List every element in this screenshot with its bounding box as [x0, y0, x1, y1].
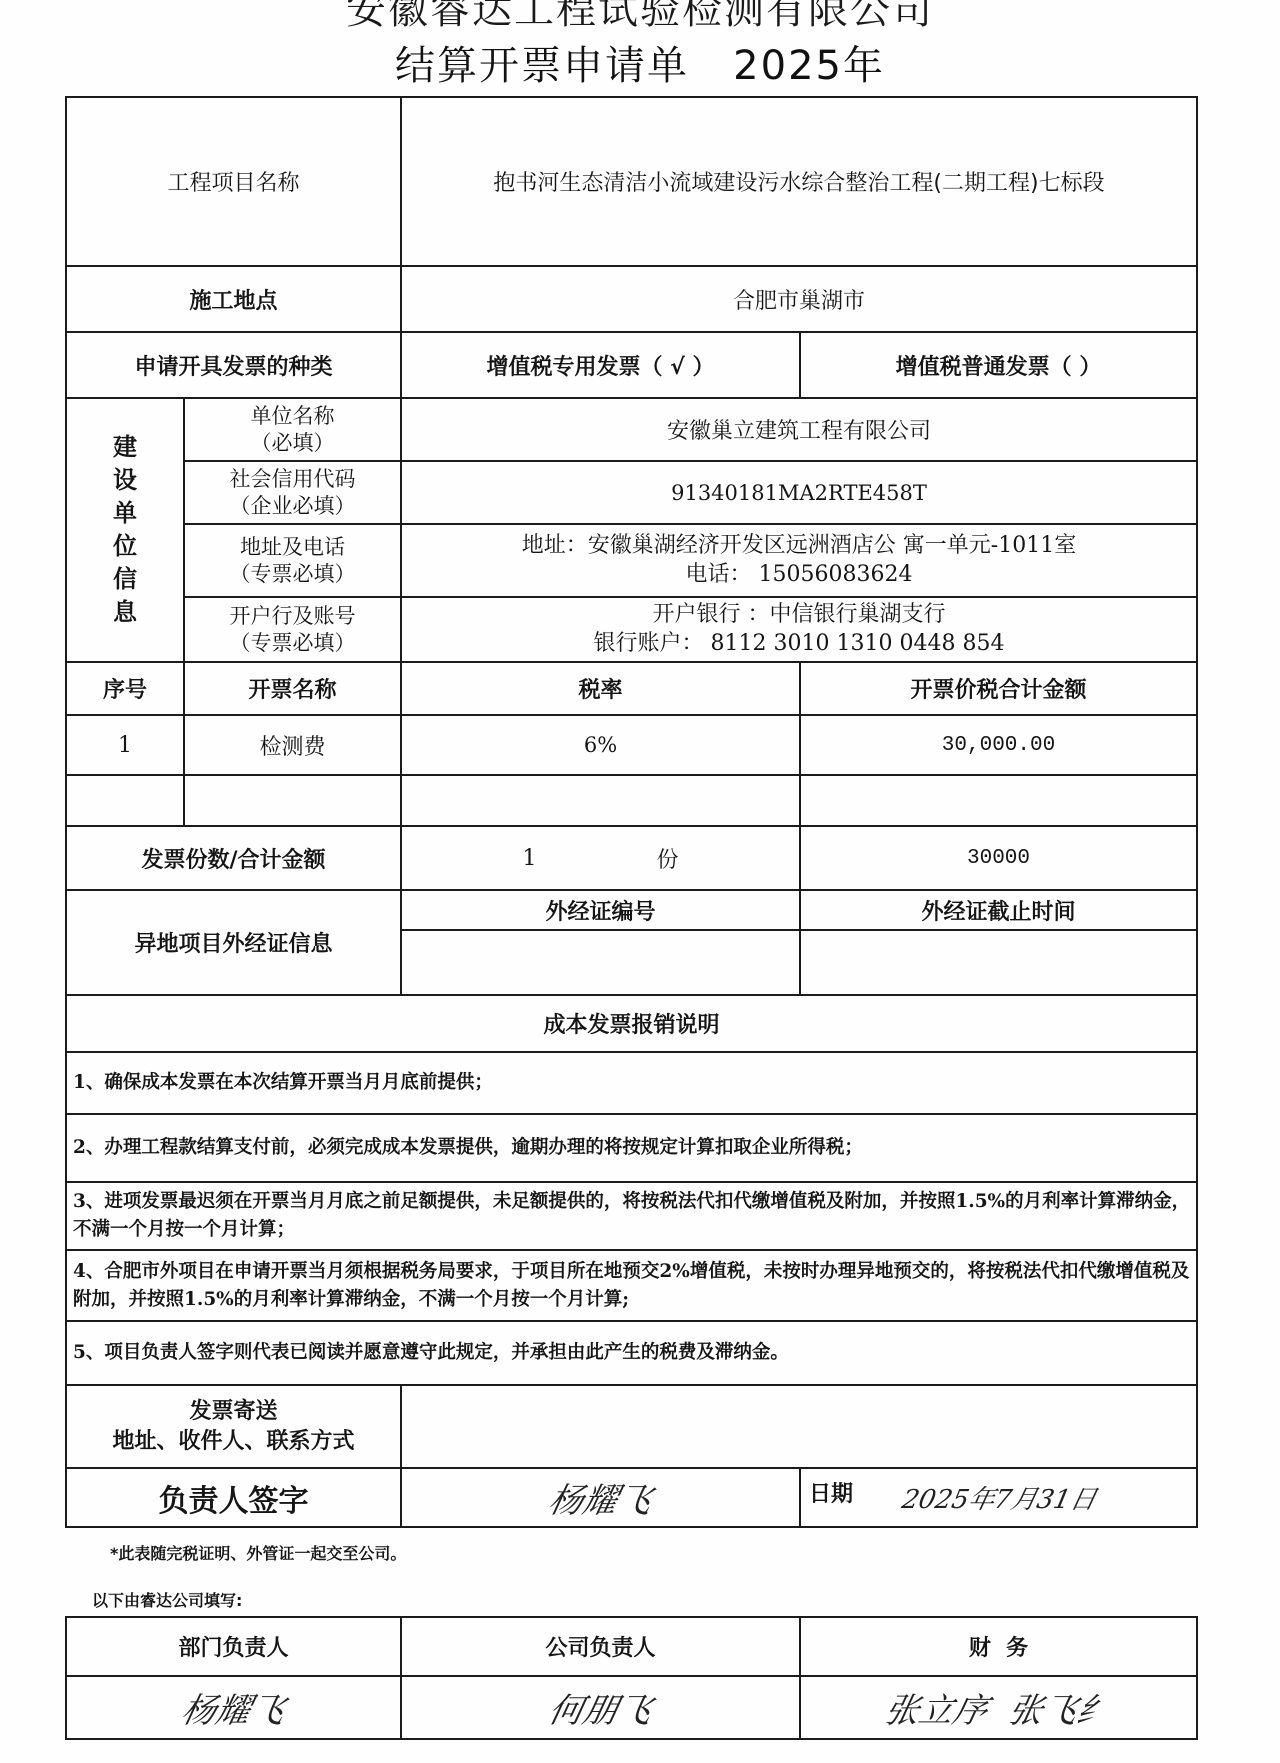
header-text: 外经证截止时间 — [921, 895, 1075, 926]
foreign-cert-label-text: 异地项目外经证信息 — [134, 927, 332, 958]
col-header-no: 序号 — [65, 661, 185, 716]
cost-note-2: 2、办理工程款结算支付前，必须完成成本发票提供，逾期办理的将按规定计算扣取企业所… — [65, 1113, 1198, 1183]
builder-char: 建 — [113, 431, 137, 464]
hint-text: （企业必填） — [230, 493, 356, 519]
totals-amount: 30000 — [799, 825, 1198, 891]
hint-text: （专票必填） — [230, 630, 356, 656]
project-name-text: 抱书河生态清洁小流域建设污水综合整治工程(二期工程)七标段 — [493, 166, 1104, 197]
cost-notes-title-text: 成本发票报销说明 — [543, 1008, 719, 1039]
foreign-cert-deadline-header: 外经证截止时间 — [799, 889, 1198, 931]
foreign-cert-number-field[interactable] — [400, 929, 801, 996]
cell-text: 1 — [118, 733, 132, 758]
table-row-amount: 30,000.00 — [799, 714, 1198, 776]
company-head-header: 公司负责人 — [400, 1616, 801, 1677]
site-label: 施工地点 — [65, 265, 402, 333]
value-text: 安徽巢立建筑工程有限公司 — [667, 414, 931, 445]
form-title-text: 结算开票申请单 — [395, 43, 689, 89]
col-header-rate: 税率 — [400, 661, 801, 716]
invoice-type-normal-text: 增值税普通发票（ ） — [896, 350, 1102, 381]
handwritten-signature: 张立序 张飞纟 — [880, 1683, 1116, 1732]
label-text: 单位名称 — [251, 403, 335, 429]
invoice-type-special-text: 增值税专用发票（ √ ） — [487, 350, 715, 381]
date-label: 日期 — [809, 1477, 853, 1508]
table-row-name: 检测费 — [183, 714, 402, 776]
hint-text: （必填） — [251, 430, 335, 456]
label-text: 社会信用代码 — [230, 466, 356, 492]
cell-text: 6% — [584, 733, 617, 757]
header-text: 序号 — [103, 673, 147, 704]
address-phone-label: 地址及电话 （专票必填） — [183, 523, 402, 598]
form-year: 2025年 — [733, 43, 885, 89]
handwritten-signature: 杨耀飞 — [544, 1473, 656, 1522]
bank-account-value: 开户银行 ：中信银行巢湖支行 银行账户： 8112 3010 1310 0448… — [400, 596, 1198, 663]
handwritten-date: 2025年7月31日 — [899, 1479, 1101, 1516]
col-header-amount: 开票价税合计金额 — [799, 661, 1198, 716]
site-value: 合肥市巢湖市 — [400, 265, 1198, 333]
dept-head-signature-field[interactable]: 杨耀飞 — [65, 1675, 402, 1740]
phone-text: 电话： 15056083624 — [686, 561, 913, 590]
table-row-amount-empty[interactable] — [799, 774, 1198, 827]
invoice-type-label: 申请开具发票的种类 — [65, 331, 402, 399]
label-text: 发票寄送 — [189, 1397, 277, 1427]
value-text: 91340181MA2RTE458T — [671, 481, 927, 505]
bank-name-text: 开户银行 ：中信银行巢湖支行 — [653, 601, 946, 630]
invoice-type-normal-checkbox[interactable]: 增值税普通发票（ ） — [799, 331, 1198, 399]
foreign-cert-label: 异地项目外经证信息 — [65, 889, 402, 996]
totals-label: 发票份数/合计金额 — [65, 825, 402, 891]
header-text: 开票价税合计金额 — [910, 673, 1086, 704]
invoice-count: 1 — [522, 846, 536, 871]
totals-label-text: 发票份数/合计金额 — [141, 843, 325, 874]
delivery-label: 发票寄送 地址、收件人、联系方式 — [65, 1384, 402, 1469]
credit-code-label: 社会信用代码 （企业必填） — [183, 460, 402, 525]
note-text: 1、确保成本发票在本次结算开票当月月底前提供； — [73, 1069, 493, 1097]
delivery-field[interactable] — [400, 1384, 1198, 1469]
header-text: 公司负责人 — [545, 1631, 655, 1662]
label-text: 地址、收件人、联系方式 — [112, 1427, 354, 1457]
header-text: 外经证编号 — [545, 895, 655, 926]
site-label-text: 施工地点 — [189, 284, 277, 315]
totals-count: 1 份 — [400, 825, 801, 891]
label-text: 开户行及账号 — [230, 603, 356, 629]
note-text: 3、进项发票最迟须在开票当月月底之前足额提供，未足额提供的，将按税法代扣代缴增值… — [73, 1188, 1196, 1244]
invoice-count-unit: 份 — [656, 843, 678, 874]
header-text: 财 务 — [969, 1631, 1028, 1662]
builder-char: 位 — [113, 530, 137, 563]
project-name-label: 工程项目名称 — [65, 96, 402, 267]
cost-note-1: 1、确保成本发票在本次结算开票当月月底前提供； — [65, 1051, 1198, 1115]
account-number-text: 银行账户： 8112 3010 1310 0448 854 — [594, 630, 1005, 659]
table-row-rate-empty[interactable] — [400, 774, 801, 827]
note-text: 4、合肥市外项目在申请开票当月须根据税务局要求，于项目所在地预交2%增值税，未按… — [73, 1258, 1196, 1314]
address-phone-value: 地址：安徽巢湖经济开发区远洲酒店公 寓一单元-1011室 电话： 1505608… — [400, 523, 1198, 598]
finance-header: 财 务 — [799, 1616, 1198, 1677]
hint-text: （专票必填） — [230, 561, 356, 587]
internal-caption: 以下由睿达公司填写: — [92, 1588, 242, 1611]
handwritten-signature: 何朋飞 — [544, 1683, 656, 1732]
project-name-value: 抱书河生态清洁小流域建设污水综合整治工程(二期工程)七标段 — [400, 96, 1198, 267]
total-amount-text: 30000 — [967, 847, 1030, 870]
cell-text: 30,000.00 — [942, 734, 1055, 757]
cost-note-5: 5、项目负责人签字则代表已阅读并愿意遵守此规定，并承担由此产生的税费及滞纳金。 — [65, 1320, 1198, 1386]
builder-info-group-label: 建 设 单 位 信 息 — [65, 397, 185, 663]
note-text: 2、办理工程款结算支付前，必须完成成本发票提供，逾期办理的将按规定计算扣取企业所… — [73, 1134, 863, 1162]
project-name-label-text: 工程项目名称 — [167, 166, 299, 197]
form-title: 结算开票申请单 2025年 — [0, 34, 1280, 91]
table-row-no-empty[interactable] — [65, 774, 185, 827]
col-header-name: 开票名称 — [183, 661, 402, 716]
builder-name-label: 单位名称 （必填） — [183, 397, 402, 462]
cost-note-3: 3、进项发票最迟须在开票当月月底之前足额提供，未足额提供的，将按税法代扣代缴增值… — [65, 1181, 1198, 1251]
foreign-cert-number-header: 外经证编号 — [400, 889, 801, 931]
handwritten-signature: 杨耀飞 — [177, 1683, 289, 1732]
bank-account-label: 开户行及账号 （专票必填） — [183, 596, 402, 663]
builder-char: 信 — [113, 563, 137, 596]
invoice-type-label-text: 申请开具发票的种类 — [134, 350, 332, 381]
company-name: 安徽睿达工程试验检测有限公司 — [0, 0, 1280, 35]
invoice-type-special-checkbox[interactable]: 增值税专用发票（ √ ） — [400, 331, 801, 399]
table-row-rate: 6% — [400, 714, 801, 776]
foreign-cert-deadline-field[interactable] — [799, 929, 1198, 996]
label-text: 地址及电话 — [240, 534, 345, 560]
header-text: 部门负责人 — [178, 1631, 288, 1662]
cell-text: 检测费 — [259, 730, 325, 761]
builder-char: 单 — [113, 497, 137, 530]
site-value-text: 合肥市巢湖市 — [733, 284, 865, 315]
builder-name-value: 安徽巢立建筑工程有限公司 — [400, 397, 1198, 462]
header-text: 税率 — [578, 673, 622, 704]
date-field[interactable]: 日期 2025年7月31日 — [799, 1467, 1198, 1528]
responsible-signature-label: 负责人签字 — [65, 1467, 402, 1528]
builder-char: 息 — [113, 596, 137, 629]
cost-notes-title: 成本发票报销说明 — [65, 994, 1198, 1053]
responsible-signature-field[interactable]: 杨耀飞 — [400, 1467, 801, 1528]
footnote: *此表随完税证明、外管证一起交至公司。 — [110, 1541, 406, 1564]
table-row-no: 1 — [65, 714, 185, 776]
label-text: 负责人签字 — [159, 1476, 309, 1520]
note-text: 5、项目负责人签字则代表已阅读并愿意遵守此规定，并承担由此产生的税费及滞纳金。 — [73, 1339, 789, 1367]
dept-head-header: 部门负责人 — [65, 1616, 402, 1677]
header-text: 开票名称 — [248, 673, 336, 704]
table-row-name-empty[interactable] — [183, 774, 402, 827]
cost-note-4: 4、合肥市外项目在申请开票当月须根据税务局要求，于项目所在地预交2%增值税，未按… — [65, 1249, 1198, 1322]
address-text: 地址：安徽巢湖经济开发区远洲酒店公 寓一单元-1011室 — [522, 532, 1076, 561]
finance-signature-field[interactable]: 张立序 张飞纟 — [799, 1675, 1198, 1740]
company-head-signature-field[interactable]: 何朋飞 — [400, 1675, 801, 1740]
credit-code-value: 91340181MA2RTE458T — [400, 460, 1198, 525]
builder-char: 设 — [113, 464, 137, 497]
